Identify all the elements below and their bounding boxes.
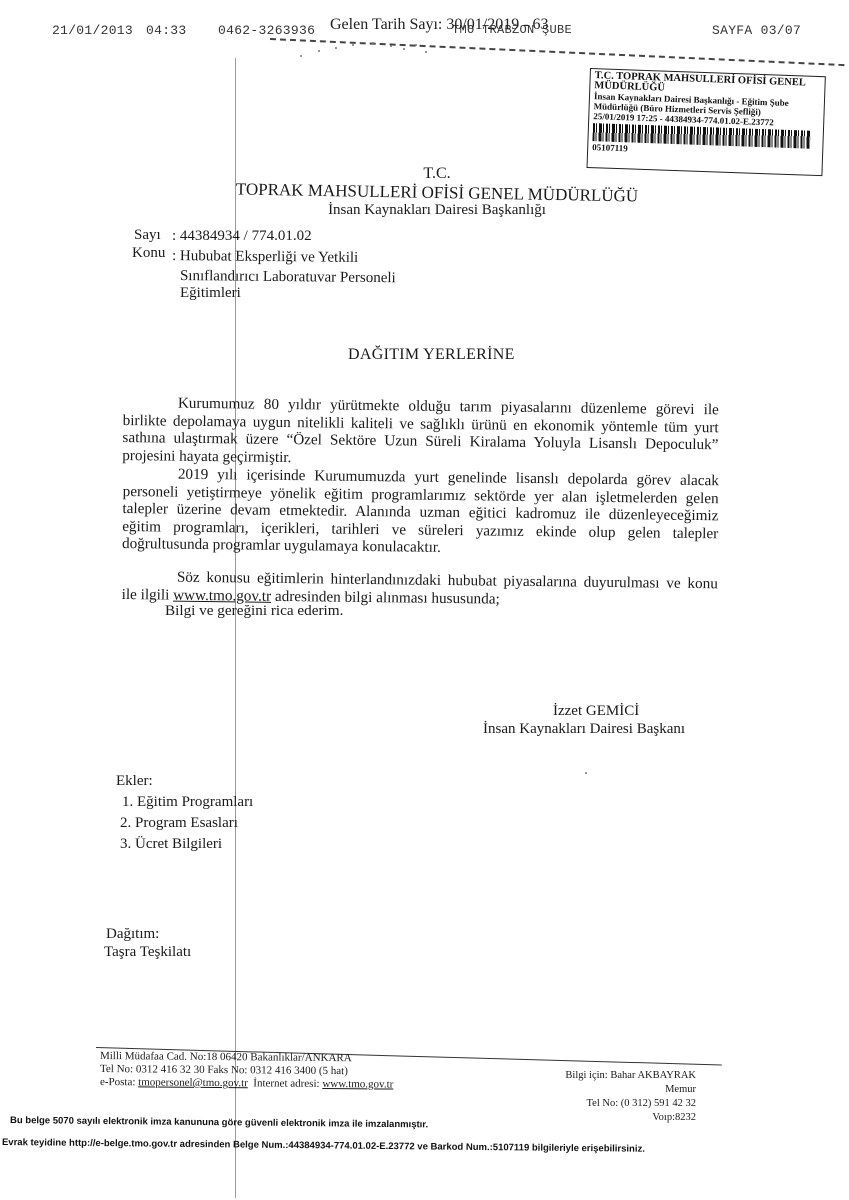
signatory-name: İzzet GEMİCİ [553, 703, 639, 720]
attachments-label: Ekler: [116, 773, 153, 790]
sayi-value: : 44384934 / 774.01.02 [172, 228, 312, 245]
document-verification-notice: Evrak teyidine http://e-belge.tmo.gov.tr… [2, 1137, 645, 1155]
attachment-item: 1. Eğitim Programları [122, 794, 253, 811]
attachment-item: 3. Ücret Bilgileri [120, 836, 222, 853]
signatory-title: İnsan Kaynakları Dairesi Başkanı [483, 721, 685, 738]
paragraph-text: ile ilgili [122, 585, 174, 603]
e-signature-notice: Bu belge 5070 sayılı elektronik imza kan… [10, 1115, 428, 1130]
footer-contact: e-Posta: tmopersonel@tmo.gov.tr İnternet… [100, 1076, 393, 1091]
attachment-item: 2. Program Esasları [120, 815, 238, 832]
fax-page-number: SAYFA 03/07 [712, 23, 801, 38]
fax-date: 21/01/2013 [52, 23, 133, 38]
info-voip: Voıp:8232 [652, 1112, 696, 1123]
web-link[interactable]: www.tmo.gov.tr [322, 1078, 393, 1091]
body-paragraph-1: Kurumumuz 80 yıldır yürütmekte olduğu ta… [122, 394, 719, 471]
fax-header-rule [270, 38, 844, 66]
received-date-stamp: Gelen Tarih Sayı: 30/01/2019 - 63 [330, 16, 549, 34]
info-phone: Tel No: (0 312) 591 42 32 [586, 1098, 696, 1109]
konu-line: Eğitimleri [180, 285, 241, 302]
letterhead-department: İnsan Kaynakları Dairesi Başkanlığı [0, 202, 849, 219]
footer-phone-fax: Tel No: 0312 416 32 30 Faks No: 0312 416… [100, 1063, 348, 1077]
email-link[interactable]: tmopersonel@tmo.gov.tr [138, 1076, 248, 1089]
info-contact: Bilgi için: Bahar AKBAYRAK [565, 1070, 696, 1081]
info-role: Memur [665, 1084, 696, 1095]
distribution-label: Dağıtım: [106, 926, 159, 943]
fax-phone-number: 0462-3263936 [218, 23, 315, 38]
incoming-document-stamp: T.C. TOPRAK MAHSULLERİ OFİSİ GENEL MÜDÜR… [587, 68, 826, 176]
footer-address: Milli Müdafaa Cad. No:18 06420 Bakanlıkl… [100, 1050, 352, 1064]
sayi-label: Sayı [134, 227, 161, 244]
closing-line: Bilgi ve gereğini rica ederim. [165, 602, 343, 620]
email-label: e-Posta: [100, 1076, 138, 1088]
fax-time: 04:33 [146, 23, 187, 38]
konu-label: Konu [132, 245, 165, 262]
web-label: İnternet adresi: [248, 1077, 323, 1090]
distribution-value: Taşra Teşkilatı [104, 944, 191, 961]
konu-line: : Hububat Eksperliği ve Yetkili [172, 248, 358, 267]
recipient-heading: DAĞITIM YERLERİNE [348, 346, 515, 364]
body-paragraph-2: 2019 yılı içerisinde Kurumumuzda yurt ge… [122, 465, 719, 560]
